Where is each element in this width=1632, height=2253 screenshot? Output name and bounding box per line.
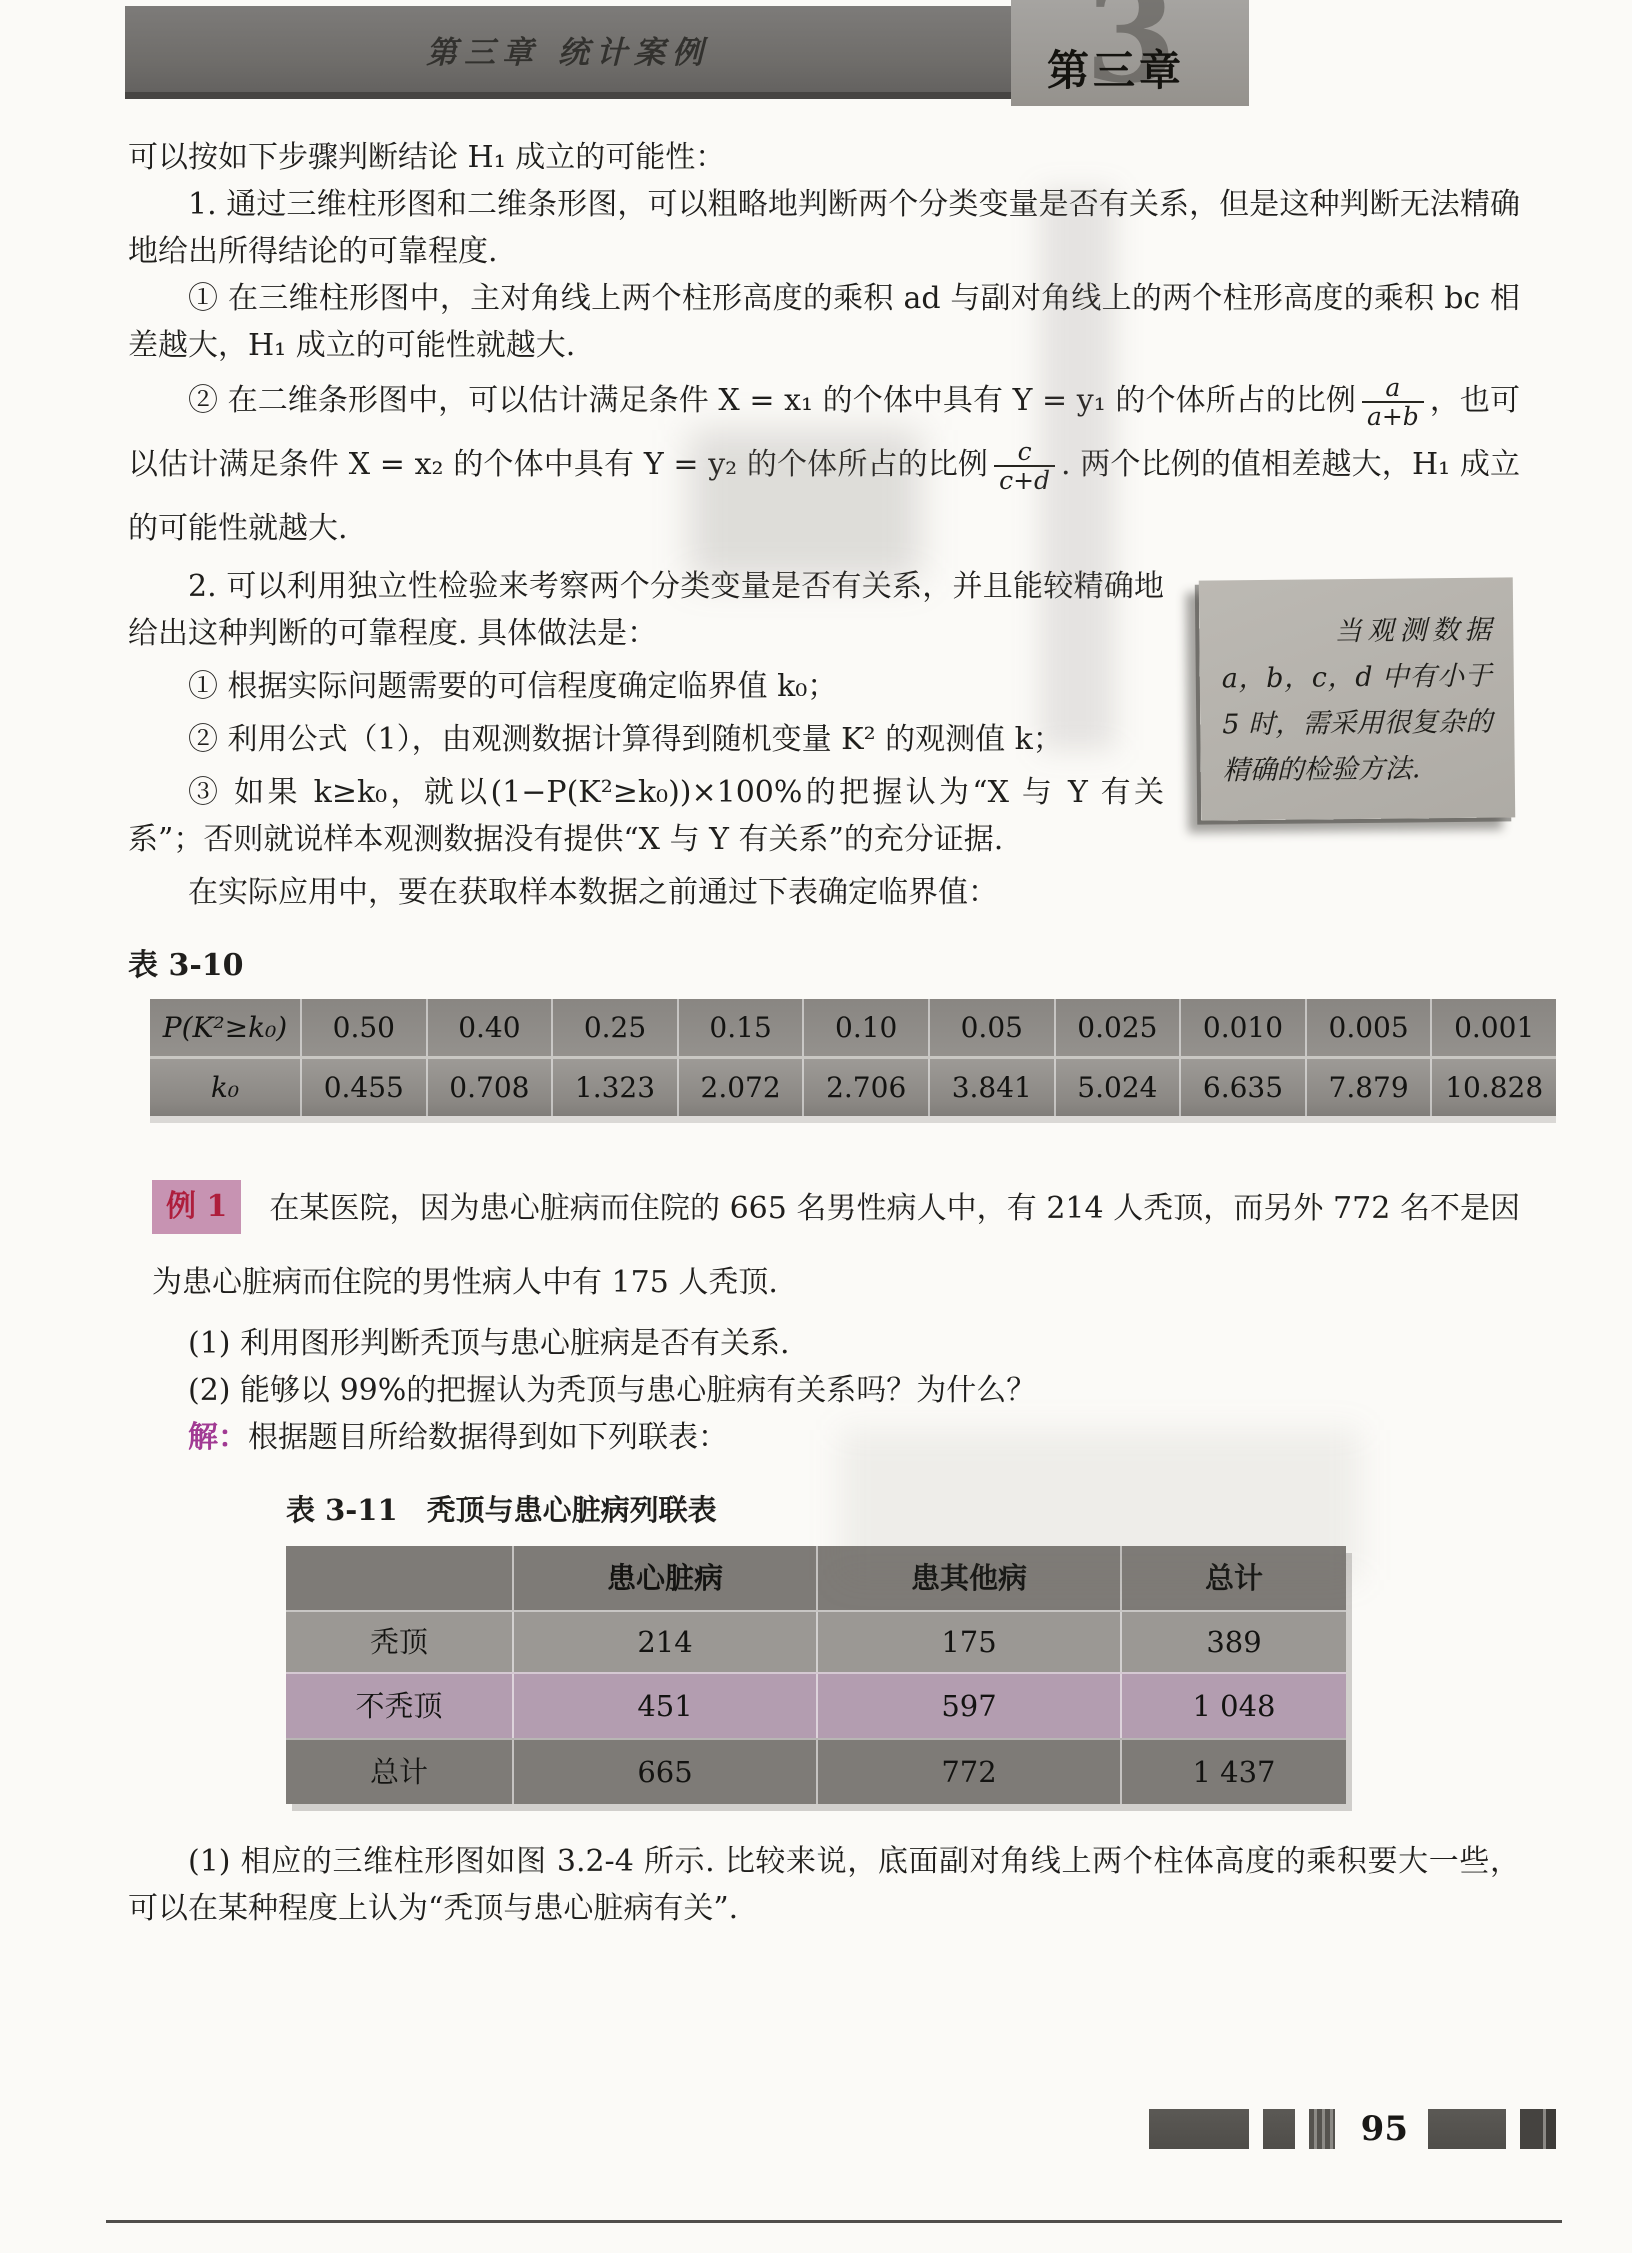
table-cell: 1 048: [1120, 1674, 1346, 1738]
table-cell: 0.10: [802, 999, 928, 1056]
table-cell: 2.706: [802, 1059, 928, 1116]
example-1-paragraph: 例 1在某医院，因为患心脏病而住院的 665 名男性病人中，有 214 人秃顶，…: [152, 1172, 1520, 1320]
table-header-cell: k₀: [150, 1059, 300, 1116]
table-cell: 0.05: [928, 999, 1054, 1056]
closing-paragraph: (1) 相应的三维柱形图如图 3.2-4 所示. 比较来说，底面副对角线上两个柱…: [128, 1838, 1520, 1932]
example-text: 在某医院，因为患心脏病而住院的 665 名男性病人中，有 214 人秃顶，而另外…: [152, 1191, 1520, 1300]
chapter-title: 第三章: [1047, 38, 1185, 98]
independence-test-section: 当观测数据 a，b，c，d 中有小于 5 时，需采用很复杂的精确的检验方法. 2…: [128, 563, 1520, 916]
example-question-1: (1) 利用图形判断秃顶与患心脏病是否有关系.: [128, 1320, 1520, 1367]
table-cell: 7.879: [1305, 1059, 1431, 1116]
table-cell: 0.25: [551, 999, 677, 1056]
solution-label: 解：: [188, 1420, 248, 1455]
page-header: 第三章 统计案例 3 第三章: [0, 0, 1632, 108]
bar-paragraph-text: ② 在二维条形图中，可以估计满足条件 X = x₁ 的个体中具有 Y = y₁ …: [188, 383, 1356, 418]
table-cell: 451: [512, 1674, 816, 1738]
table-cell: 1 437: [1120, 1740, 1346, 1804]
footer-rule: [106, 2220, 1562, 2223]
table-header-cell: 总计: [1120, 1546, 1346, 1610]
table-cell: 665: [512, 1740, 816, 1804]
running-title: 第三章 统计案例: [426, 27, 710, 72]
table-header-cell: 患其他病: [816, 1546, 1120, 1610]
table-cell: 0.005: [1305, 999, 1431, 1056]
cube-chart-paragraph: ① 在三维柱形图中，主对角线上两个柱形高度的乘积 ad 与副对角线上的两个柱形高…: [128, 275, 1520, 369]
point1-paragraph: 1. 通过三维柱形图和二维条形图，可以粗略地判断两个分类变量是否有关系，但是这种…: [128, 181, 1520, 275]
row-label-cell: 秃顶: [286, 1612, 512, 1672]
table-3-10-label: 表 3-10: [128, 942, 1520, 989]
table-row: P(K²≥k₀) 0.50 0.40 0.25 0.15 0.10 0.05 0…: [150, 999, 1556, 1059]
table-cell: 772: [816, 1740, 1120, 1804]
table-cell: 1.323: [551, 1059, 677, 1116]
table-cell: 6.635: [1179, 1059, 1305, 1116]
table-cell: 0.025: [1054, 999, 1180, 1056]
example-badge: 例 1: [152, 1180, 241, 1234]
margin-note-text: 当观测数据 a，b，c，d 中有小于 5 时，需采用很复杂的精确的检验方法.: [1221, 608, 1493, 795]
textbook-page: 第三章 统计案例 3 第三章 可以按如下步骤判断结论 H₁ 成立的可能性： 1.…: [0, 0, 1632, 2253]
footer-bar: [1520, 2109, 1556, 2149]
table-row: 秃顶 214 175 389: [286, 1610, 1346, 1672]
table-cell: 5.024: [1054, 1059, 1180, 1116]
page-number: 95: [1361, 2109, 1408, 2149]
page-footer: 95: [1149, 2108, 1556, 2150]
solution-text: 根据题目所给数据得到如下列联表：: [248, 1420, 728, 1455]
table-cell: 0.50: [300, 999, 426, 1056]
bar-chart-paragraph: ② 在二维条形图中，可以估计满足条件 X = x₁ 的个体中具有 Y = y₁ …: [128, 369, 1520, 561]
table-cell: 214: [512, 1612, 816, 1672]
table-row: k₀ 0.455 0.708 1.323 2.072 2.706 3.841 5…: [150, 1059, 1556, 1116]
footer-bar: [1149, 2109, 1249, 2149]
solution-paragraph: 解：根据题目所给数据得到如下列联表：: [128, 1414, 1520, 1461]
table-cell: 597: [816, 1674, 1120, 1738]
intro-paragraph: 可以按如下步骤判断结论 H₁ 成立的可能性：: [128, 134, 1520, 181]
practical-note-paragraph: 在实际应用中，要在获取样本数据之前通过下表确定临界值：: [128, 869, 1520, 916]
table-cell: 0.010: [1179, 999, 1305, 1056]
footer-bar-striped: [1309, 2109, 1335, 2149]
table-header-row: 患心脏病 患其他病 总计: [286, 1546, 1346, 1610]
contingency-table: 患心脏病 患其他病 总计 秃顶 214 175 389 不秃顶 451 597 …: [286, 1546, 1346, 1804]
table-cell: 389: [1120, 1612, 1346, 1672]
page-body: 可以按如下步骤判断结论 H₁ 成立的可能性： 1. 通过三维柱形图和二维条形图，…: [0, 108, 1632, 1932]
footer-bar: [1263, 2109, 1295, 2149]
chapter-header-band: 第三章 统计案例: [125, 6, 1011, 99]
table-corner-cell: [286, 1546, 512, 1610]
example-question-2: (2) 能够以 99%的把握认为秃顶与患心脏病有关系吗？为什么？: [128, 1367, 1520, 1414]
table-header-cell: P(K²≥k₀): [150, 999, 300, 1056]
row-label-cell: 总计: [286, 1740, 512, 1804]
table-cell: 0.001: [1430, 999, 1556, 1056]
table-cell: 0.708: [426, 1059, 552, 1116]
table-row: 不秃顶 451 597 1 048: [286, 1672, 1346, 1738]
table-cell: 0.15: [677, 999, 803, 1056]
table-cell: 3.841: [928, 1059, 1054, 1116]
chapter-badge-block: 3 第三章: [1011, 0, 1249, 106]
table-cell: 2.072: [677, 1059, 803, 1116]
footer-bar: [1428, 2109, 1506, 2149]
table-cell: 0.40: [426, 999, 552, 1056]
table-cell: 10.828: [1430, 1059, 1556, 1116]
row-label-cell: 不秃顶: [286, 1674, 512, 1738]
margin-note: 当观测数据 a，b，c，d 中有小于 5 时，需采用很复杂的精确的检验方法.: [1199, 577, 1515, 820]
fraction-c-over-c-plus-d: cc+d: [994, 438, 1055, 494]
table-cell: 175: [816, 1612, 1120, 1672]
table-cell: 0.455: [300, 1059, 426, 1116]
table-3-11-title: 表 3-11 秃顶与患心脏病列联表: [286, 1487, 1520, 1534]
table-total-row: 总计 665 772 1 437: [286, 1738, 1346, 1804]
fraction-a-over-a-plus-b: aa+b: [1362, 374, 1424, 430]
table-header-cell: 患心脏病: [512, 1546, 816, 1610]
critical-values-table: P(K²≥k₀) 0.50 0.40 0.25 0.15 0.10 0.05 0…: [150, 999, 1556, 1116]
